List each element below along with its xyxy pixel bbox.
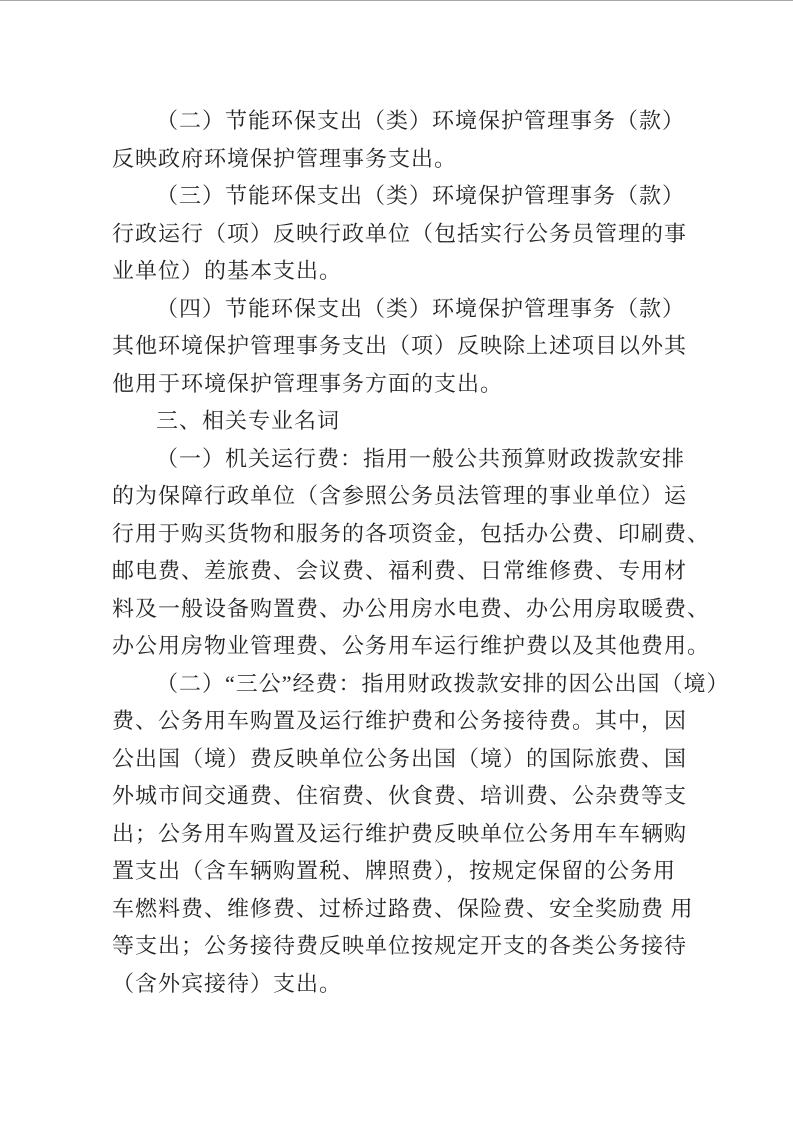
text-line: （含外宾接待）支出。 [112, 965, 687, 1003]
text-line: （四）节能环保支出（类）环境保护管理事务（款） [112, 290, 687, 328]
text-line: 办公用房物业管理费、公务用车运行维护费以及其他费用。 [112, 627, 687, 665]
text-line: 业单位）的基本支出。 [112, 252, 687, 290]
text-line: 其他环境保护管理事务支出（项）反映除上述项目以外其 [112, 327, 687, 365]
text-line: 行用于购买货物和服务的各项资金，包括办公费、印刷费、 [112, 515, 687, 553]
text-line: （三）节能环保支出（类）环境保护管理事务（款） [112, 177, 687, 215]
section-heading: 三、相关专业名词 [112, 402, 687, 440]
text-line: 费、公务用车购置及运行维护费和公务接待费。其中，因 [112, 702, 687, 740]
text-line: 公出国（境）费反映单位公务出国（境）的国际旅费、国 [112, 740, 687, 778]
document-page: （二）节能环保支出（类）环境保护管理事务（款）反映政府环境保护管理事务支出。（三… [0, 0, 793, 1122]
text-line: 邮电费、差旅费、会议费、福利费、日常维修费、专用材 [112, 552, 687, 590]
text-line: （二）节能环保支出（类）环境保护管理事务（款） [112, 102, 687, 140]
text-line: 外城市间交通费、住宿费、伙食费、培训费、公杂费等支 [112, 777, 687, 815]
text-line: 车燃料费、维修费、过桥过路费、保险费、安全奖励费 用 [112, 890, 687, 928]
text-line: 反映政府环境保护管理事务支出。 [112, 140, 687, 178]
text-line: 料及一般设备购置费、办公用房水电费、办公用房取暖费、 [112, 590, 687, 628]
text-line: 置支出（含车辆购置税、牌照费），按规定保留的公务用 [112, 852, 687, 890]
text-line: （一）机关运行费：指用一般公共预算财政拨款安排 [112, 440, 687, 478]
document-body: （二）节能环保支出（类）环境保护管理事务（款）反映政府环境保护管理事务支出。（三… [112, 102, 687, 1002]
text-line: 等支出；公务接待费反映单位按规定开支的各类公务接待 [112, 927, 687, 965]
text-line: 他用于环境保护管理事务方面的支出。 [112, 365, 687, 403]
text-line: （二）“三公”经费：指用财政拨款安排的因公出国（境） [112, 665, 687, 703]
text-line: 出；公务用车购置及运行维护费反映单位公务用车车辆购 [112, 815, 687, 853]
text-line: 行政运行（项）反映行政单位（包括实行公务员管理的事 [112, 215, 687, 253]
text-line: 的为保障行政单位（含参照公务员法管理的事业单位）运 [112, 477, 687, 515]
